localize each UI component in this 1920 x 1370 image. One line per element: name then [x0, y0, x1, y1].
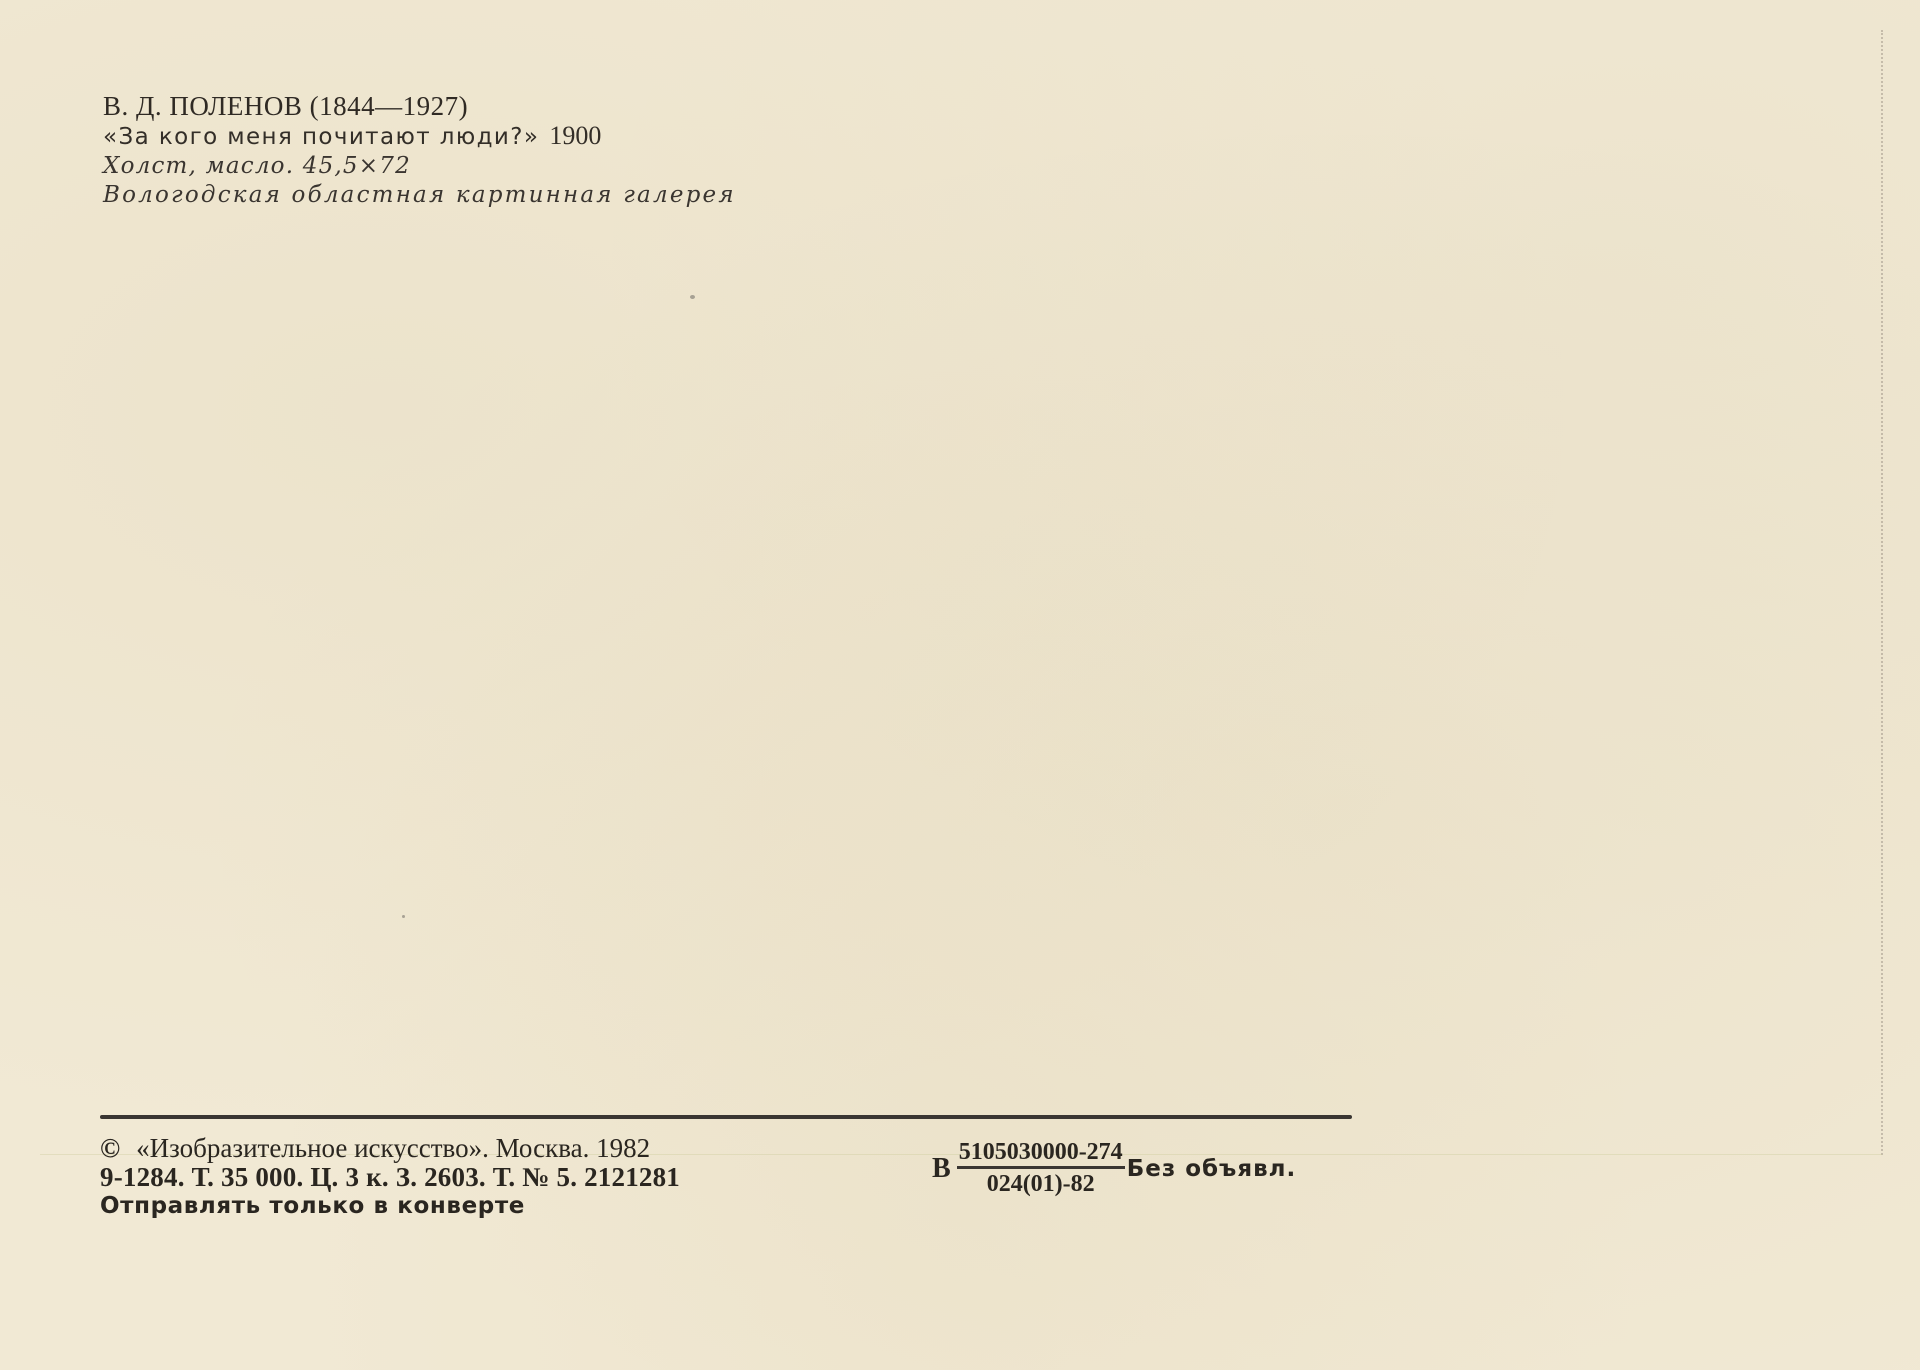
- index-numerator: 5105030000-274: [957, 1138, 1125, 1169]
- artwork-title: «За кого меня почитают люди?»: [103, 124, 539, 150]
- artwork-collection: Вологодская областная картинная галерея: [103, 181, 736, 210]
- divider-rule: [100, 1115, 1352, 1119]
- ink-speck: [402, 915, 405, 918]
- index-fraction: 5105030000-274 024(01)-82: [957, 1138, 1125, 1199]
- index-denominator: 024(01)-82: [987, 1169, 1095, 1199]
- publisher-text: «Изобразительное искусство». Москва. 198…: [136, 1133, 650, 1163]
- index-letter: В: [932, 1153, 951, 1185]
- artwork-caption: В. Д. ПОЛЕНОВ (1844—1927) «За кого меня …: [103, 92, 736, 210]
- artist-name: В. Д. ПОЛЕНОВ (1844—1927): [103, 92, 736, 121]
- publisher-line: ©«Изобразительное искусство». Москва. 19…: [100, 1134, 680, 1163]
- copyright-icon: ©: [100, 1133, 120, 1163]
- publisher-imprint: ©«Изобразительное искусство». Москва. 19…: [100, 1134, 680, 1221]
- catalog-index: В 5105030000-274 024(01)-82 Без объявл.: [932, 1138, 1296, 1199]
- mailing-note: Отправлять только в конверте: [100, 1192, 680, 1221]
- no-ads-note: Без объявл.: [1127, 1156, 1297, 1182]
- trim-line-right: [1881, 30, 1883, 1155]
- artwork-medium: Холст, масло. 45,5×72: [103, 152, 736, 181]
- ink-speck: [690, 295, 695, 299]
- print-details: 9-1284. Т. 35 000. Ц. 3 к. З. 2603. Т. №…: [100, 1163, 680, 1192]
- artwork-year: 1900: [549, 121, 601, 150]
- artwork-title-line: «За кого меня почитают люди?»1900: [103, 121, 736, 152]
